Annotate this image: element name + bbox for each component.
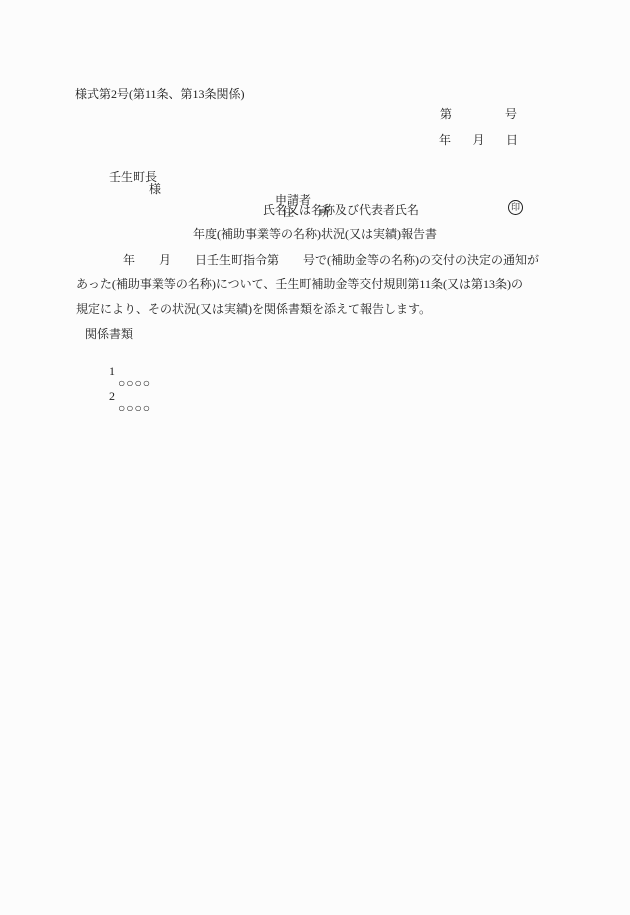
form-number-label: 様式第2号(第11条、第13条関係) (75, 88, 245, 100)
applicant-name-label: 氏名又は名称及び代表者氏名 (263, 204, 419, 216)
addressee-honorific: 様 (149, 182, 161, 196)
attachment-item: 2 ○○○○ (97, 378, 151, 426)
body-paragraph-line-1: 年 月 日壬生町指令第 号で(補助金等の名称)の交付の決定の通知が (123, 254, 539, 266)
issue-number-suffix: 号 (505, 108, 517, 120)
body-paragraph-line-2: あった(補助事業等の名称)について、壬生町補助金等交付規則第11条(又は第13条… (76, 278, 523, 290)
date-line: 年 月 日 (439, 134, 518, 146)
issue-number-line: 第 号 (440, 108, 517, 120)
date-day-label: 日 (506, 134, 518, 146)
seal-mark-icon: 印 (508, 200, 523, 215)
document-page: 様式第2号(第11条、第13条関係) 第 号 年 月 日 壬生町長 様 申請者 … (0, 0, 630, 915)
attachment-item-number: 2 (109, 389, 115, 403)
attachment-item-text: ○○○○ (118, 401, 151, 415)
document-title: 年度(補助事業等の名称)状況(又は実績)報告書 (0, 228, 630, 240)
date-month-label: 月 (472, 134, 484, 146)
attachments-heading: 関係書類 (85, 328, 133, 340)
body-paragraph-line-3: 規定により、その状況(又は実績)を関係書類を添えて報告します。 (76, 303, 431, 315)
issue-number-prefix: 第 (440, 108, 452, 120)
date-year-label: 年 (439, 134, 451, 146)
addressee-line: 壬生町長 様 (97, 159, 161, 207)
attachment-item-number: 1 (109, 364, 115, 378)
